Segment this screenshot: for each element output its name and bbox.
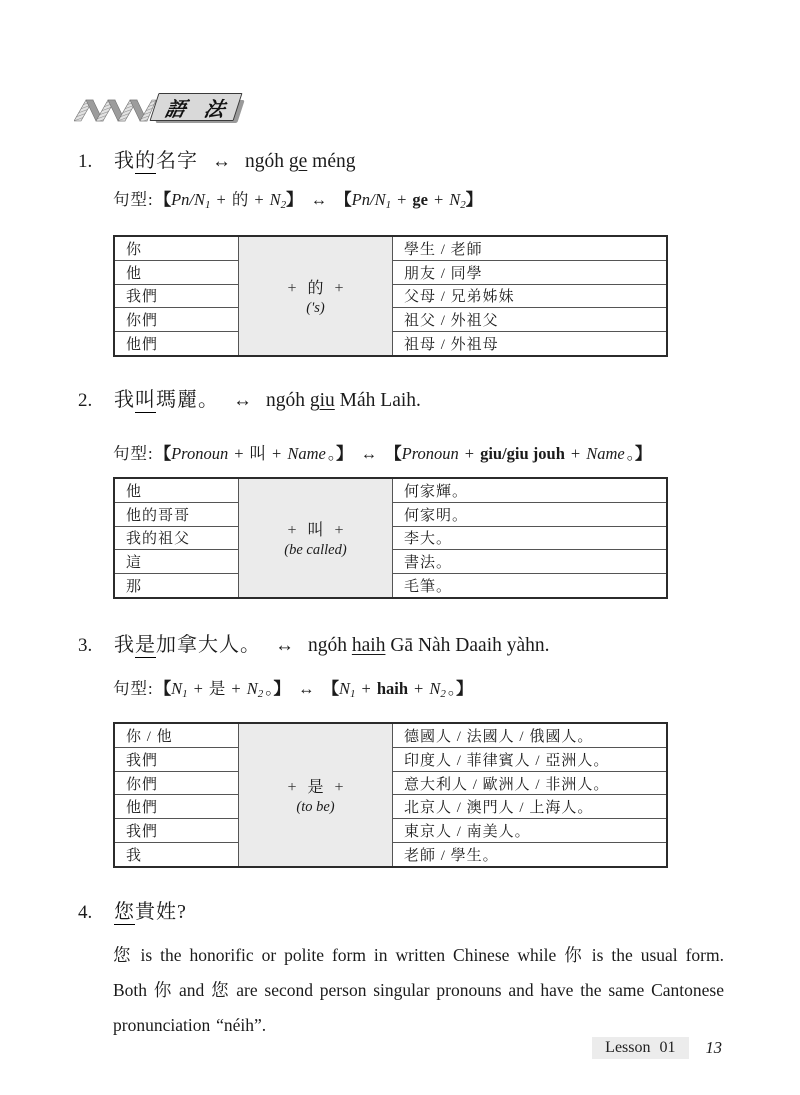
pattern-term: N (449, 190, 460, 209)
table-cell: 我們 (115, 748, 238, 772)
item-number: 2. (78, 388, 114, 414)
table-middle-formula: +是+ (276, 774, 354, 797)
cjk-word: 的 (307, 280, 323, 297)
section-1-table: 你 他 我們 你們 他們 +的+ ('s) 學生 / 老師 朋友 / 同學 父母… (113, 235, 668, 357)
table-cell: 我們 (115, 819, 238, 843)
page-footer: Lesson 01 13 (592, 1037, 722, 1059)
cantonese-word: ge (412, 190, 428, 209)
subscript: 1 (182, 688, 188, 700)
section-4-heading: 4.您貴姓? (0, 899, 800, 926)
cjk-word: 叫 (307, 522, 323, 539)
plus-sign: + (287, 522, 296, 539)
open-bracket: 【 (155, 190, 172, 209)
table-cell: 他的哥哥 (115, 503, 238, 527)
left-right-arrow: ↔ (311, 190, 328, 209)
plus-sign: + (194, 679, 203, 698)
close-bracket: 】 (336, 444, 353, 463)
open-bracket: 【 (385, 444, 402, 463)
section-2-heading: 2.我叫瑪麗。↔ngóh giu Máh Laih. (0, 387, 800, 414)
close-bracket: 】 (286, 190, 303, 209)
table-middle-cell: +叫+ (be called) (238, 479, 393, 597)
table-middle-cell: +是+ (to be) (238, 724, 393, 866)
cjk-phrase: 貴姓? (135, 901, 187, 923)
section-3-pattern: 句型:【N1+是+N2。】↔【N1+haih+N2。】 (113, 678, 800, 705)
section-header-banner: 語 法 (74, 93, 800, 127)
plus-sign: + (362, 679, 371, 698)
romanization-underlined: haih (352, 635, 386, 656)
romanization: méng (307, 151, 355, 172)
cjk-word: 是 (307, 779, 323, 796)
table-cell: 你們 (115, 772, 238, 796)
section-1-pattern: 句型:【Pn/N1+的+N2】↔【Pn/N1+ge+N2】 (113, 189, 800, 216)
table-cell: 東京人 / 南美人。 (393, 819, 666, 843)
plus-sign: + (287, 779, 296, 796)
pattern-term: Pronoun (402, 444, 459, 463)
plus-sign: + (335, 522, 344, 539)
pattern-term: Pn/N (171, 190, 205, 209)
romanization-underlined: ge (289, 151, 307, 172)
cjk-word: 叫 (250, 444, 267, 463)
romanization: Gā Nàh Daaih yàhn. (385, 635, 549, 656)
cjk-period: 。 (627, 444, 635, 463)
pattern-term: N (339, 679, 350, 698)
pattern-term: N (171, 679, 182, 698)
table-left-column: 你 他 我們 你們 他們 (115, 237, 238, 355)
item-number: 4. (78, 900, 114, 926)
table-cell: 他們 (115, 332, 238, 355)
table-cell: 書法。 (393, 550, 666, 574)
cjk-phrase: 我 (114, 634, 135, 656)
close-bracket: 】 (466, 190, 483, 209)
table-right-column: 何家輝。 何家明。 李大。 書法。 毛筆。 (393, 479, 666, 597)
cjk-underlined: 您 (114, 901, 135, 925)
table-cell: 祖母 / 外祖母 (393, 332, 666, 355)
table-middle-formula: +的+ (276, 275, 354, 298)
subscript: 2 (258, 688, 264, 700)
table-middle-gloss: (to be) (296, 799, 334, 816)
pattern-label: 句型: (113, 679, 154, 698)
cantonese-word: haih (377, 679, 408, 698)
open-bracket: 【 (155, 444, 172, 463)
cjk-period: 。 (328, 444, 336, 463)
table-left-column: 你 / 他 我們 你們 他們 我們 我 (115, 724, 238, 866)
table-middle-gloss: (be called) (284, 542, 346, 559)
cjk-phrase: 我 (114, 389, 135, 411)
pattern-term: N (247, 679, 258, 698)
plus-sign: + (231, 679, 240, 698)
section-1-heading: 1.我的名字↔ngóh ge méng (0, 148, 800, 175)
romanization-underlined: giu (310, 390, 335, 411)
section-2-pattern: 句型:【Pronoun+叫+Name。】↔【Pronoun+giu/giu jo… (113, 443, 800, 465)
plus-sign: + (414, 679, 423, 698)
cjk-underlined: 是 (135, 634, 156, 658)
cjk-period: 。 (265, 679, 273, 698)
left-right-arrow: ↔ (361, 444, 378, 463)
table-cell: 德國人 / 法國人 / 俄國人。 (393, 724, 666, 748)
cjk-underlined: 的 (135, 150, 156, 174)
grammar-title: 語 法 (157, 93, 234, 122)
left-right-arrow: ↔ (275, 635, 294, 656)
table-cell: 你 / 他 (115, 724, 238, 748)
table-cell: 意大利人 / 歐洲人 / 非洲人。 (393, 772, 666, 796)
table-right-column: 學生 / 老師 朋友 / 同學 父母 / 兄弟姊妹 祖父 / 外祖父 祖母 / … (393, 237, 666, 355)
table-cell: 何家明。 (393, 503, 666, 527)
plus-sign: + (571, 444, 580, 463)
table-cell: 這 (115, 550, 238, 574)
plus-sign: + (234, 444, 243, 463)
plus-sign: + (272, 444, 281, 463)
table-cell: 何家輝。 (393, 479, 666, 503)
section-3-heading: 3.我是加拿大人。↔ngóh haih Gā Nàh Daaih yàhn. (0, 632, 800, 659)
lesson-label: Lesson 01 (592, 1037, 688, 1059)
pattern-label: 句型: (113, 444, 154, 463)
subscript: 1 (350, 688, 356, 700)
plus-sign: + (434, 190, 443, 209)
cantonese-word: giu/giu jouh (480, 444, 565, 463)
left-right-arrow: ↔ (212, 151, 231, 172)
textbook-page: { "header": { "title": "語 法", "ribbon_ic… (0, 0, 800, 1095)
pattern-term: N (429, 679, 440, 698)
plus-sign: + (287, 280, 296, 297)
subscript: 1 (205, 199, 211, 211)
plate-face: 語 法 (149, 93, 242, 121)
plus-sign: + (335, 280, 344, 297)
cjk-underlined: 叫 (135, 389, 156, 413)
section-3-table: 你 / 他 我們 你們 他們 我們 我 +是+ (to be) 德國人 / 法國… (113, 722, 668, 868)
table-middle-formula: +叫+ (276, 517, 354, 540)
table-cell: 他 (115, 479, 238, 503)
romanization: ngóh (308, 635, 352, 656)
table-cell: 學生 / 老師 (393, 237, 666, 261)
table-cell: 你 (115, 237, 238, 261)
romanization: ngóh (266, 390, 310, 411)
pattern-term: Name (586, 444, 625, 463)
cjk-phrase: 名字 (156, 150, 198, 172)
open-bracket: 【 (155, 679, 172, 698)
plus-sign: + (217, 190, 226, 209)
explanation-paragraph: 您 is the honorific or polite form in wri… (113, 938, 724, 1043)
table-cell: 父母 / 兄弟姊妹 (393, 285, 666, 309)
item-number: 3. (78, 633, 114, 659)
table-cell: 我的祖父 (115, 527, 238, 551)
cjk-phrase: 我 (114, 150, 135, 172)
table-cell: 毛筆。 (393, 574, 666, 597)
item-number: 1. (78, 149, 114, 175)
open-bracket: 【 (323, 679, 340, 698)
table-cell: 老師 / 學生。 (393, 843, 666, 866)
table-cell: 他們 (115, 795, 238, 819)
pattern-term: Pronoun (171, 444, 228, 463)
plus-sign: + (254, 190, 263, 209)
pattern-label: 句型: (113, 190, 154, 209)
table-middle-gloss: ('s) (306, 300, 324, 317)
table-cell: 他 (115, 261, 238, 285)
close-bracket: 】 (635, 444, 652, 463)
cjk-period: 。 (448, 679, 456, 698)
table-cell: 北京人 / 澳門人 / 上海人。 (393, 795, 666, 819)
table-left-column: 他 他的哥哥 我的祖父 這 那 (115, 479, 238, 597)
cjk-phrase: 加拿大人。 (156, 634, 261, 656)
table-middle-cell: +的+ ('s) (238, 237, 393, 355)
plus-sign: + (397, 190, 406, 209)
cjk-word: 是 (209, 679, 226, 698)
section-2-table: 他 他的哥哥 我的祖父 這 那 +叫+ (be called) 何家輝。 何家明… (113, 477, 668, 599)
zigzag-ribbon-icon (74, 95, 156, 125)
left-right-arrow: ↔ (233, 390, 252, 411)
table-cell: 祖父 / 外祖父 (393, 308, 666, 332)
plus-sign: + (335, 779, 344, 796)
close-bracket: 】 (456, 679, 473, 698)
pattern-term: Name (287, 444, 326, 463)
pattern-term: Pn/N (352, 190, 386, 209)
open-bracket: 【 (335, 190, 352, 209)
subscript: 1 (386, 199, 392, 211)
page-number: 13 (706, 1038, 723, 1058)
table-cell: 李大。 (393, 527, 666, 551)
plus-sign: + (465, 444, 474, 463)
table-right-column: 德國人 / 法國人 / 俄國人。 印度人 / 菲律賓人 / 亞洲人。 意大利人 … (393, 724, 666, 866)
cjk-word: 的 (232, 190, 249, 209)
pattern-term: N (270, 190, 281, 209)
table-cell: 朋友 / 同學 (393, 261, 666, 285)
table-cell: 印度人 / 菲律賓人 / 亞洲人。 (393, 748, 666, 772)
romanization: Máh Laih. (335, 390, 421, 411)
close-bracket: 】 (274, 679, 291, 698)
grammar-title-plate: 語 法 (152, 93, 238, 123)
left-right-arrow: ↔ (298, 679, 315, 698)
table-cell: 你們 (115, 308, 238, 332)
romanization: ngóh (245, 151, 289, 172)
table-cell: 我 (115, 843, 238, 866)
subscript: 2 (440, 688, 446, 700)
cjk-phrase: 瑪麗。 (156, 389, 219, 411)
table-cell: 那 (115, 574, 238, 597)
table-cell: 我們 (115, 285, 238, 309)
